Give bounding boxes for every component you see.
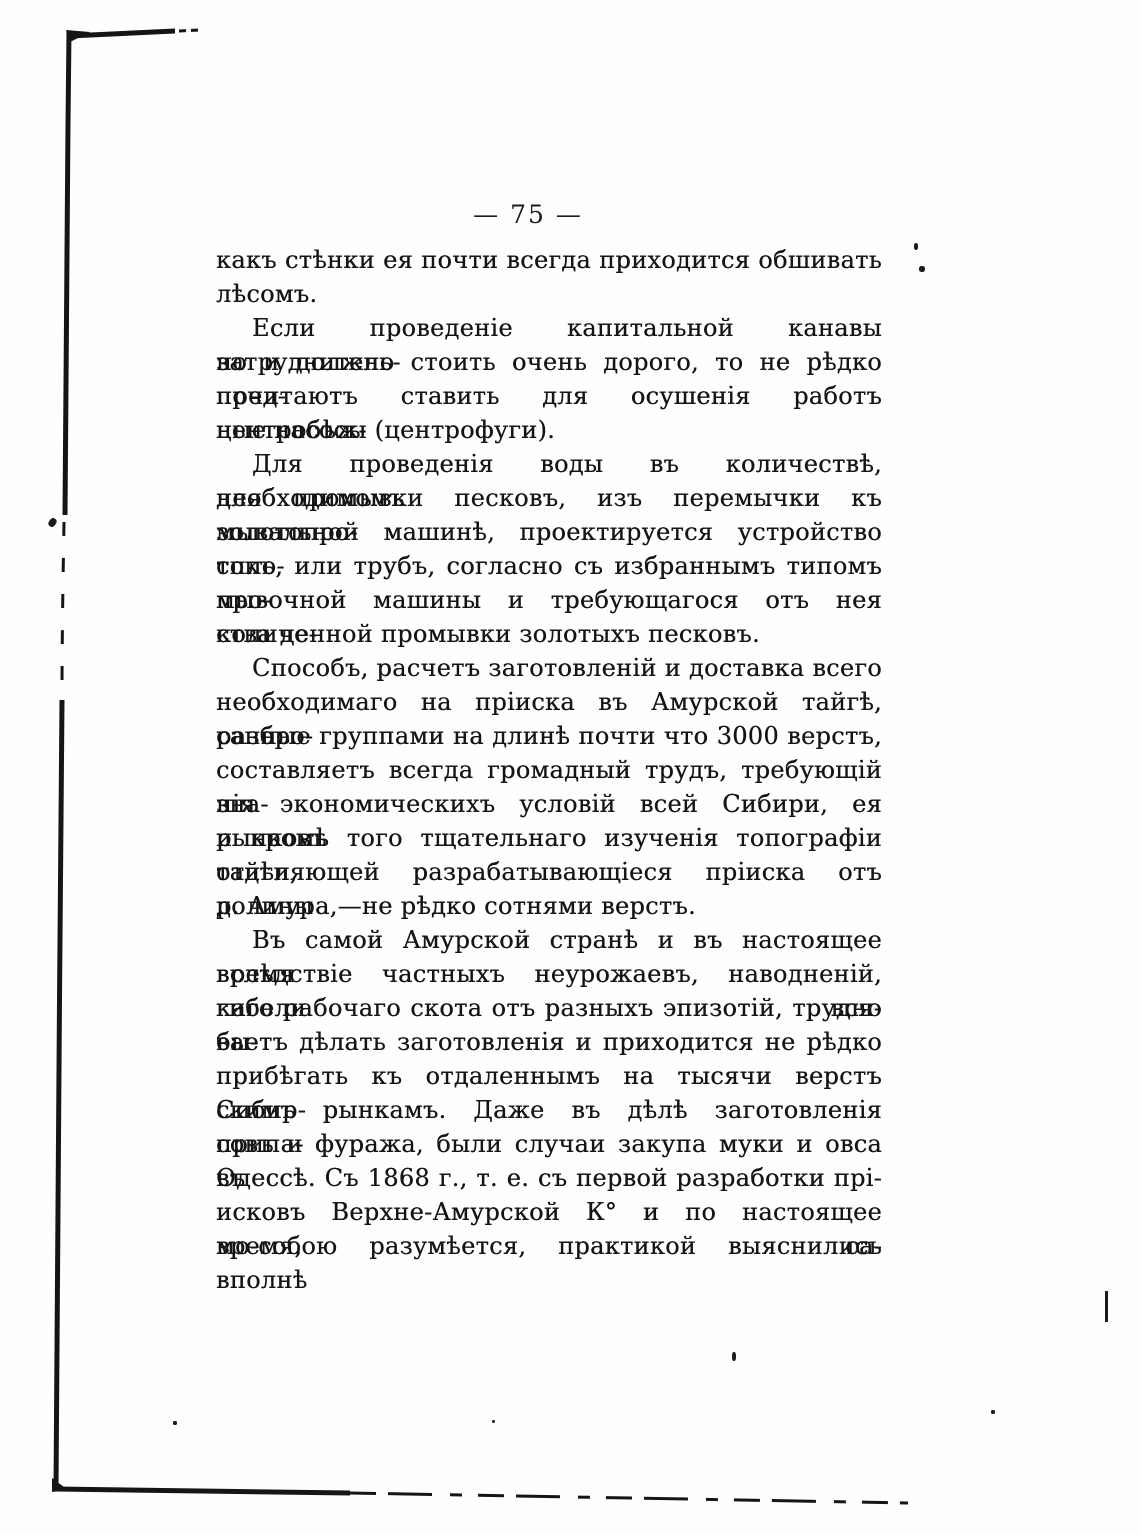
text-line: Способъ, расчетъ заготовленій и доставка… xyxy=(216,651,882,685)
scan-speck xyxy=(991,1410,995,1414)
book-page-scan: — 75 — какъ стѣнки ея почти всегда прихо… xyxy=(0,0,1140,1535)
text-line: мывочной машины и требующагося отъ нея к… xyxy=(216,583,882,617)
text-line: почитаютъ ставить для осушенія работъ це… xyxy=(216,379,882,413)
text-line: санные группами на длинѣ почти что 3000 … xyxy=(216,719,882,753)
scan-speck xyxy=(1105,1291,1108,1322)
text-line: исковъ Верхне-Амурской К° и по настоящее… xyxy=(216,1195,882,1229)
text-line: Если проведеніе капитальной канавы затру… xyxy=(216,311,882,345)
scan-speck xyxy=(173,1421,177,1425)
scan-speck xyxy=(492,1420,495,1423)
text-line: для промывки песковъ, изъ перемычки къ з… xyxy=(216,481,882,515)
text-line: Въ самой Амурской странѣ и въ настоящее … xyxy=(216,923,882,957)
text-line: Для проведенія воды въ количествѣ, необх… xyxy=(216,447,882,481)
text-line: каго рабочаго скота отъ разныхъ эпизотій… xyxy=(216,991,882,1025)
text-line: какъ стѣнки ея почти всегда приходится о… xyxy=(216,243,882,277)
text-line: необходимаго на пріиска въ Амурской тайг… xyxy=(216,685,882,719)
scan-speck xyxy=(732,1352,736,1361)
text-line: лѣсомъ. xyxy=(216,277,882,311)
text-line: отдѣляющей разрабатывающіеся пріиска отъ… xyxy=(216,855,882,889)
text-line: скимъ рынкамъ. Даже въ дѣлѣ заготовленія… xyxy=(216,1093,882,1127)
text-line: ные насосы (центрофуги). xyxy=(216,413,882,447)
scan-speck xyxy=(47,517,58,528)
text-line: ства денной промывки золотыхъ песковъ. xyxy=(216,617,882,651)
text-line: составляетъ всегда громадный трудъ, треб… xyxy=(216,753,882,787)
text-line: прибѣгать къ отдаленнымъ на тысячи верст… xyxy=(216,1059,882,1093)
text-line: мо-собою разумѣется, практикой выяснилис… xyxy=(216,1229,882,1263)
scan-speck xyxy=(914,243,918,250)
page-number: — 75 — xyxy=(428,200,628,229)
text-line: мывальной машинѣ, проектируется устройст… xyxy=(216,515,882,549)
text-line: Одессѣ. Съ 1868 г., т. е. съ первой разр… xyxy=(216,1161,882,1195)
text-line: токъ, или трубъ, согласно съ избраннымъ … xyxy=(216,549,882,583)
text-line: р. Амура,—не рѣдко сотнями верстъ. xyxy=(216,889,882,923)
text-line: но и должно стоить очень дорого, то не р… xyxy=(216,345,882,379)
text-line: вслѣдствіе частныхъ неурожаевъ, наводнен… xyxy=(216,957,882,991)
text-line: и кромѣ того тщательнаго изученія топогр… xyxy=(216,821,882,855)
text-line: ваетъ дѣлать заготовленія и приходится н… xyxy=(216,1025,882,1059)
body-text: какъ стѣнки ея почти всегда приходится о… xyxy=(216,243,882,1263)
text-line: совъ и фуража, были случаи закупа муки и… xyxy=(216,1127,882,1161)
scan-speck xyxy=(919,266,925,272)
text-line: нія экономическихъ условій всей Сибири, … xyxy=(216,787,882,821)
